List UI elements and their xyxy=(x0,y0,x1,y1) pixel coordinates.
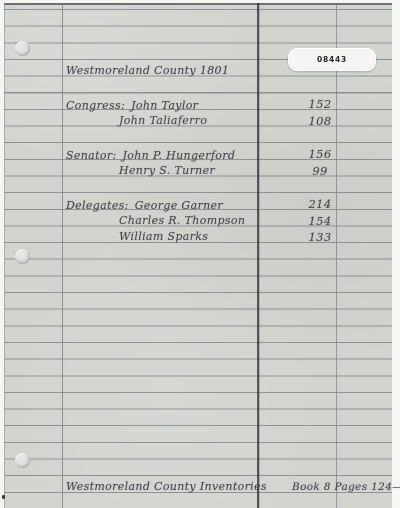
scanned-document: 08443 Westmoreland County 1801 Congress:… xyxy=(0,0,400,508)
footer-book-page-ref: Book 8 Pages 124—130 xyxy=(292,479,400,495)
vote-count: 154 xyxy=(298,213,342,229)
page-left-edge xyxy=(4,3,5,508)
ledger-row-senator-1: Senator:John P. Hungerford 156 xyxy=(4,146,392,162)
page-title: Westmoreland County 1801 xyxy=(66,63,229,79)
candidate-name: George Garner xyxy=(135,199,223,212)
office-label: Senator: xyxy=(66,149,117,162)
ledger-page: 08443 Westmoreland County 1801 Congress:… xyxy=(4,3,392,508)
margin-rule-line xyxy=(62,3,63,508)
candidate-name: Charles R. Thompson xyxy=(119,213,245,229)
ledger-row-senator-2: Henry S. Turner 99 xyxy=(4,163,392,179)
candidate-name: John Taliaferro xyxy=(119,113,207,129)
vote-count: 156 xyxy=(298,146,342,162)
vote-count: 99 xyxy=(298,163,342,179)
candidate-name: Henry S. Turner xyxy=(119,163,215,179)
ledger-row-delegates-2: Charles R. Thompson 154 xyxy=(4,213,392,229)
column-divider-line xyxy=(257,3,259,508)
candidate-name: William Sparks xyxy=(119,229,208,245)
punch-hole-bottom xyxy=(15,453,30,468)
amount-column-line xyxy=(336,3,337,508)
ledger-row-delegates-3: William Sparks 133 xyxy=(4,229,392,245)
ledger-row-delegates-1: Delegates:George Garner 214 xyxy=(4,196,392,212)
office-label: Congress: xyxy=(66,99,125,112)
footer-row: Westmoreland County Inventories Book 8 P… xyxy=(4,479,392,495)
candidate-name: John Taylor xyxy=(131,99,198,112)
scan-artifact-speck xyxy=(2,495,5,499)
vote-count: 214 xyxy=(298,196,342,212)
ledger-row-congress-2: John Taliaferro 108 xyxy=(4,113,392,129)
candidate-name: John P. Hungerford xyxy=(123,149,236,162)
vote-count: 108 xyxy=(298,113,342,129)
vote-count: 152 xyxy=(298,96,342,112)
punch-hole-top xyxy=(15,41,30,56)
vote-count: 133 xyxy=(298,229,342,245)
ledger-row-congress-1: Congress:John Taylor 152 xyxy=(4,96,392,112)
footer-source-label: Westmoreland County Inventories xyxy=(66,479,267,495)
punch-hole-middle xyxy=(15,249,30,264)
page-title-row: Westmoreland County 1801 xyxy=(4,63,392,79)
office-label: Delegates: xyxy=(66,199,129,212)
